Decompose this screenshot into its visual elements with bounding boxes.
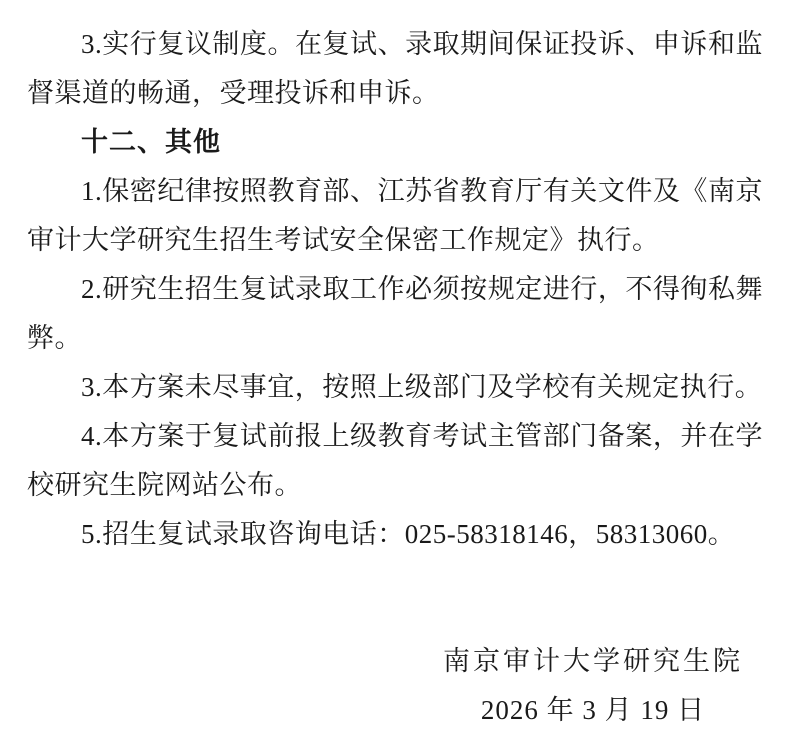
paragraph-item-phone-numbers: 5.招生复试录取咨询电话：025-58318146，58313060。 xyxy=(27,510,763,559)
signature-block: 南京审计大学研究生院 2026 年 3 月 19 日 xyxy=(443,637,743,735)
paragraph-item-regulations: 2.研究生招生复试录取工作必须按规定进行，不得徇私舞弊。 xyxy=(27,265,763,363)
section-heading-other: 十二、其他 xyxy=(27,118,763,167)
document-page: 3.实行复议制度。在复试、录取期间保证投诉、申诉和监督渠道的畅通，受理投诉和申诉… xyxy=(0,0,791,743)
paragraph-item-confidentiality: 1.保密纪律按照教育部、江苏省教育厅有关文件及《南京审计大学研究生招生考试安全保… xyxy=(27,167,763,265)
paragraph-item-filing-publication: 4.本方案于复试前报上级教育考试主管部门备案，并在学校研究生院网站公布。 xyxy=(27,412,763,510)
signature-date: 2026 年 3 月 19 日 xyxy=(443,686,743,735)
signature-organization: 南京审计大学研究生院 xyxy=(443,637,743,686)
paragraph-item-unstated-matters: 3.本方案未尽事宜，按照上级部门及学校有关规定执行。 xyxy=(27,363,763,412)
paragraph-review-system: 3.实行复议制度。在复试、录取期间保证投诉、申诉和监督渠道的畅通，受理投诉和申诉… xyxy=(27,20,763,118)
